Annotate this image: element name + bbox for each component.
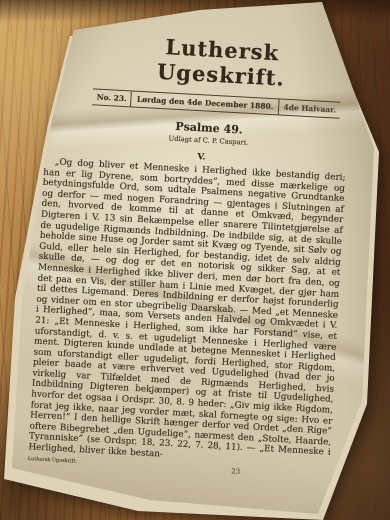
issue-info-bar: No. 23. Lørdag den 4de December 1880. 4d… [92,88,340,118]
issue-number: No. 23. [92,89,131,106]
masthead-title: Luthersk Ugeskrift. [100,31,344,94]
printed-page: Luthersk Ugeskrift. No. 23. Lørdag den 4… [28,12,354,480]
paper-sheet: Luthersk Ugeskrift. No. 23. Lørdag den 4… [0,0,390,520]
footer-journal-name: Luthersk Ugeskrift. [28,456,77,464]
issue-date: Lørdag den 4de December 1880. [130,91,280,114]
paper-stack: Luthersk Ugeskrift. No. 23. Lørdag den 4… [0,0,390,520]
issue-volume: 4de Halvaar. [279,99,340,117]
article-body-text: „Og dog bliver et Menneske i Herlighed i… [28,157,346,470]
